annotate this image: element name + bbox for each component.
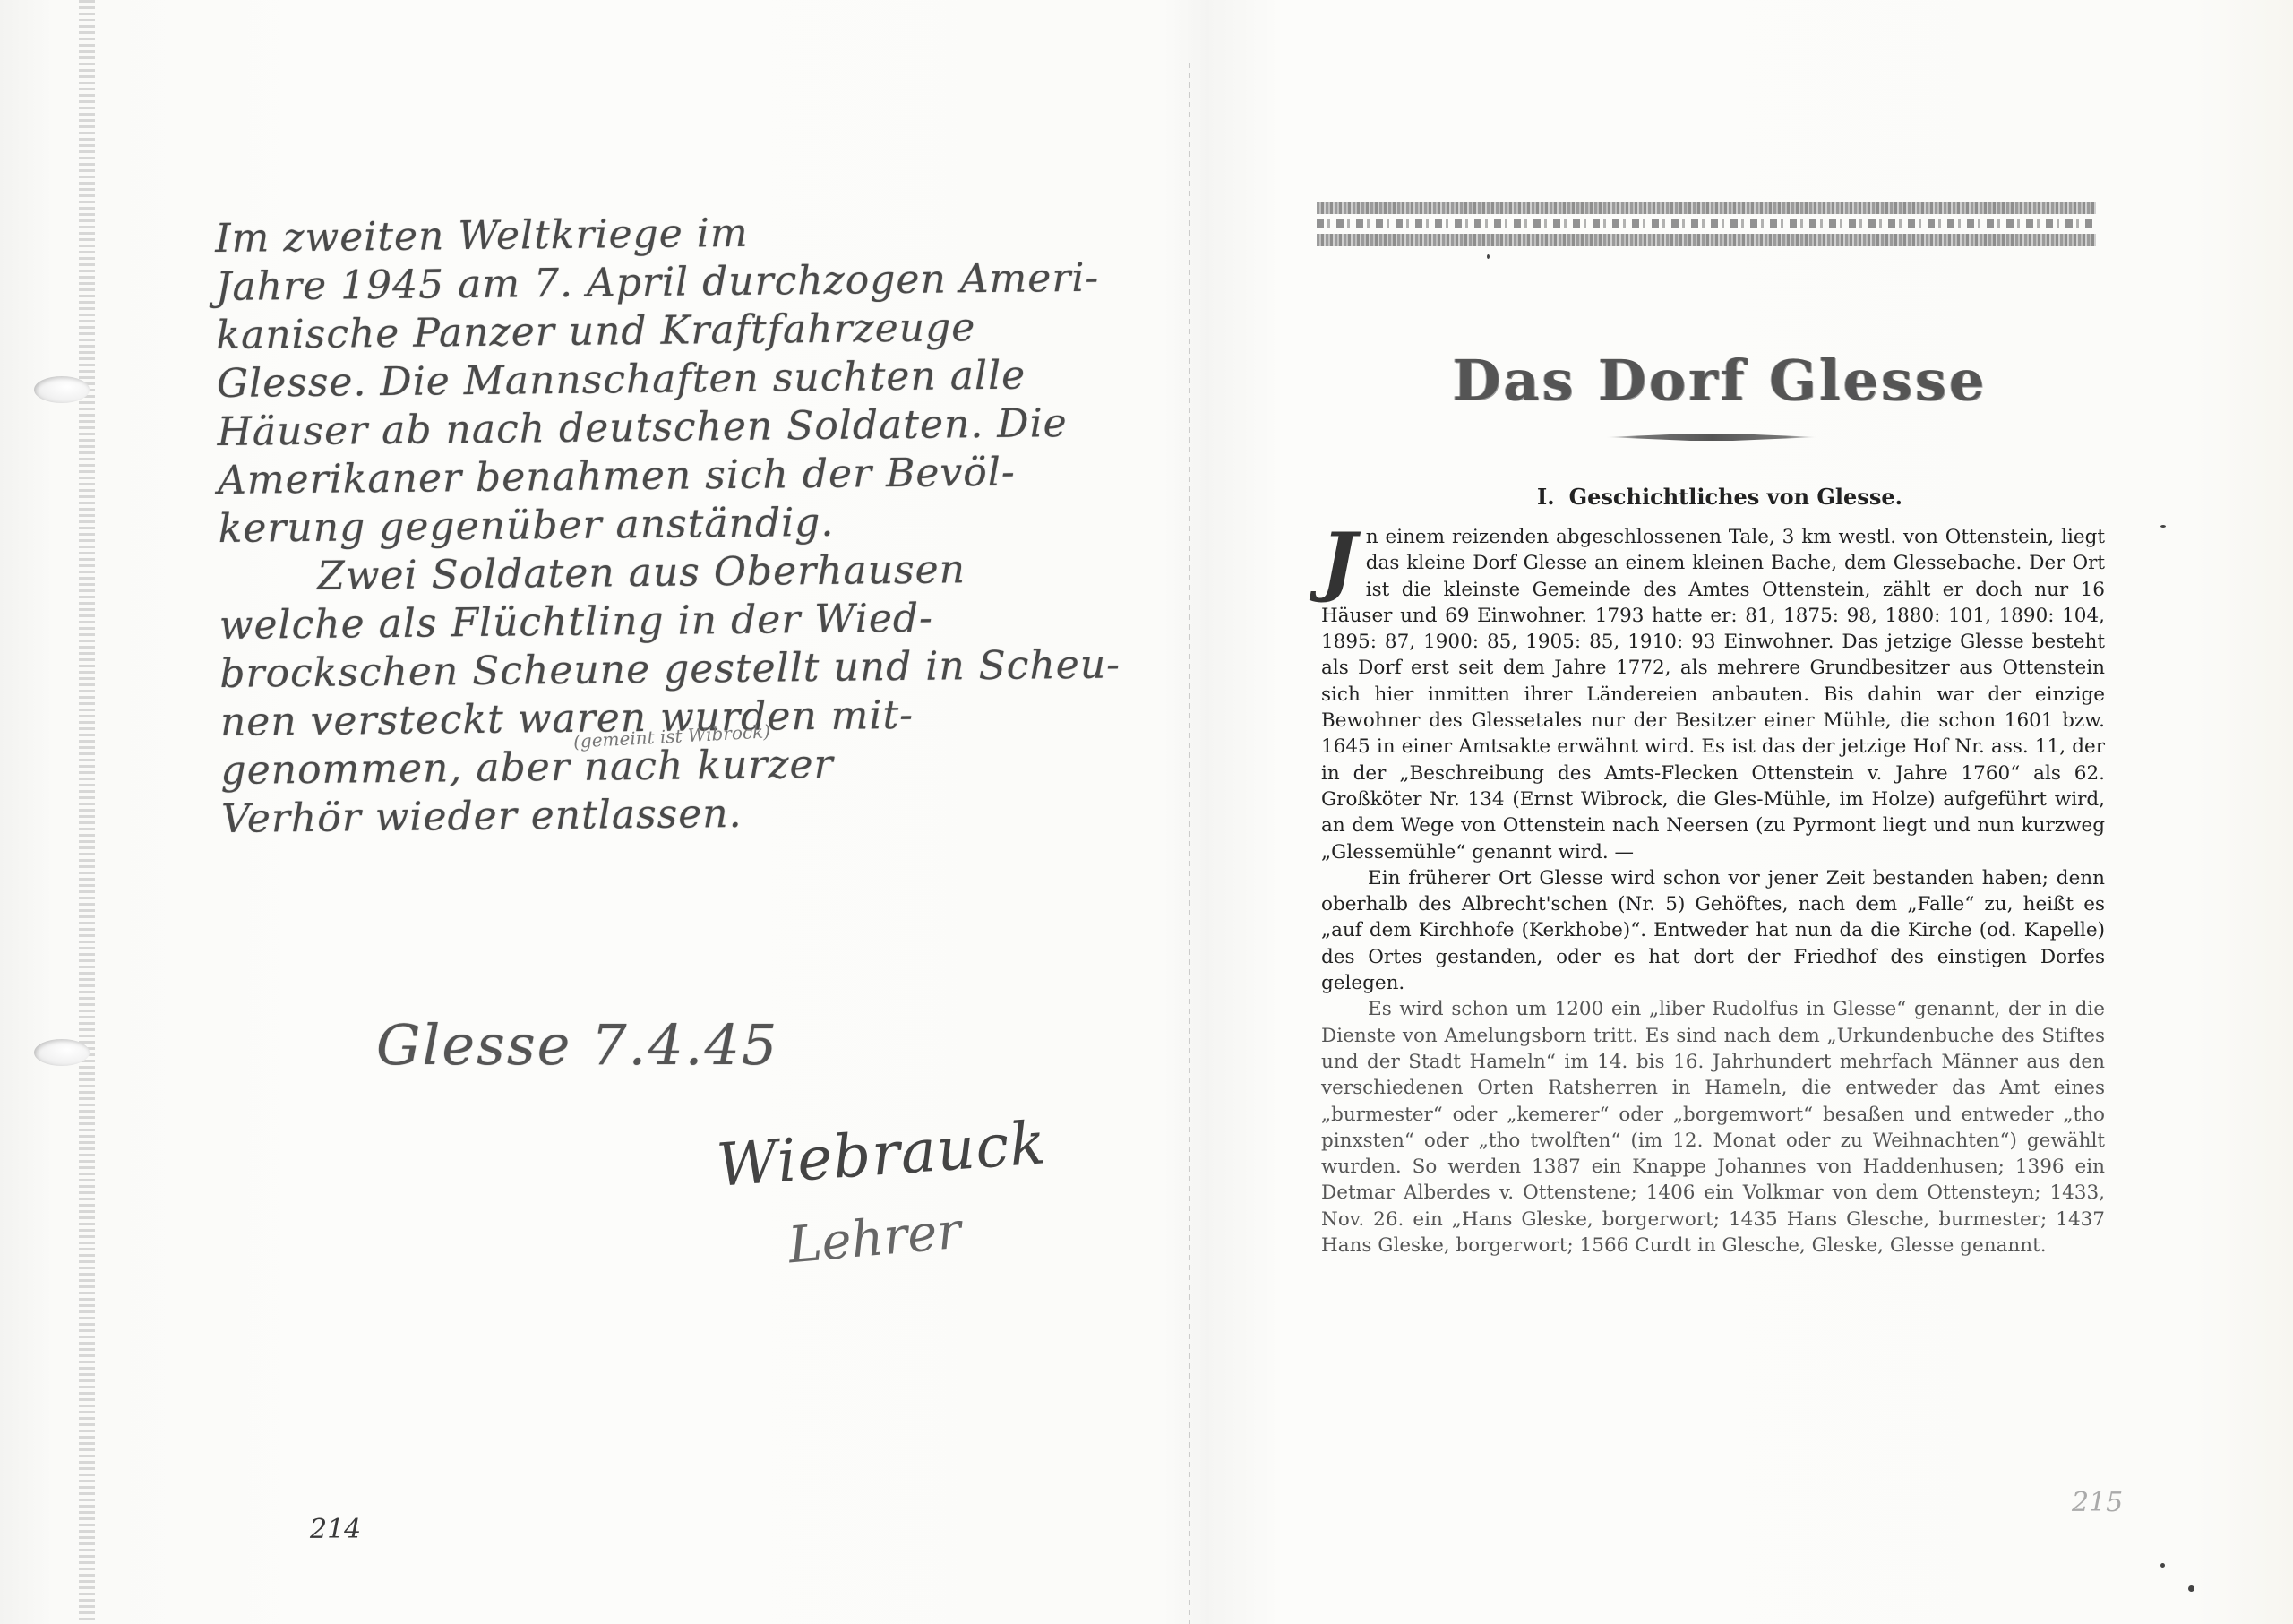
- ornament-bar: [1317, 202, 2096, 214]
- handwritten-line: Häuser ab nach deutschen Soldaten. Die: [217, 399, 1194, 457]
- handwritten-text: Im zweiten Weltkriege im Jahre 1945 am 7…: [215, 205, 1198, 844]
- chapter-title: Das Dorf Glesse: [1290, 348, 2150, 413]
- handwritten-line: brockschen Scheune gestellt und in Scheu…: [219, 640, 1197, 699]
- paragraph: Es wird schon um 1200 ein „liber Rudolfu…: [1321, 996, 2105, 1259]
- signature-title: Lehrer: [786, 1202, 964, 1276]
- section-title: Geschichtliches von Glesse.: [1569, 484, 1902, 510]
- paragraph-text: n einem reizenden abgeschlossenen Tale, …: [1321, 526, 2105, 864]
- punch-hole-icon: [34, 1039, 90, 1066]
- scan-speck: [2160, 1563, 2165, 1568]
- scan-speck: [1487, 254, 1490, 259]
- center-fold: [1189, 63, 1190, 1624]
- section-heading: I.Geschichtliches von Glesse.: [1290, 484, 2150, 510]
- page-number-right: 215: [2072, 1487, 2123, 1518]
- paragraph: Jn einem reizenden abgeschlossenen Tale,…: [1321, 524, 2105, 865]
- handwritten-line: Verhör wieder entlassen.: [221, 786, 1198, 844]
- section-numeral: I.: [1537, 484, 1555, 510]
- signature: Wiebrauck: [715, 1108, 1049, 1200]
- paragraph: Ein früherer Ort Glesse wird schon vor j…: [1321, 865, 2105, 996]
- book-spread: Im zweiten Weltkriege im Jahre 1945 am 7…: [0, 0, 2293, 1624]
- scan-speck: [2160, 525, 2166, 528]
- header-ornament: [1317, 202, 2096, 255]
- scan-speck: [2188, 1585, 2194, 1592]
- page-number-left: 214: [310, 1514, 361, 1545]
- ornament-bar: [1317, 234, 2096, 246]
- ornament-dots: [1317, 219, 2096, 228]
- punch-hole-icon: [34, 376, 90, 403]
- binding-edge: [79, 0, 95, 1624]
- body-text: Jn einem reizenden abgeschlossenen Tale,…: [1321, 524, 2105, 1259]
- handwritten-line: Jahre 1945 am 7. April durchzogen Ameri-: [216, 253, 1193, 312]
- left-page: Im zweiten Weltkriege im Jahre 1945 am 7…: [0, 0, 1209, 1624]
- drop-cap: J: [1321, 526, 1357, 596]
- place-and-date: Glesse 7.4.45: [376, 1012, 778, 1078]
